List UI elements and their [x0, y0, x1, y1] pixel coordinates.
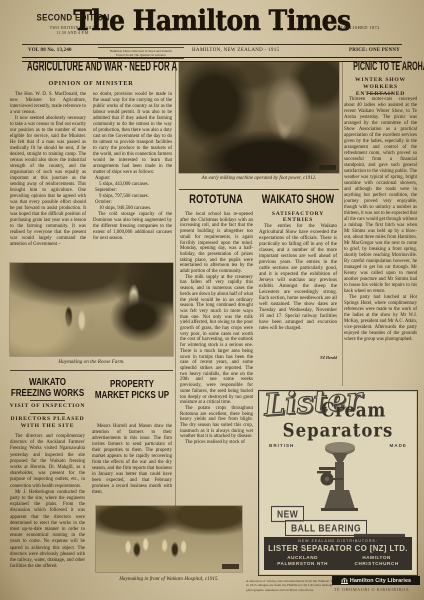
- agriculture-paragraph: It now seemed absolutely necessary to ta…: [10, 116, 86, 248]
- rototuna-paragraph: The potato crops throughout Rototuna are…: [180, 406, 253, 440]
- photo-milking-caption: An early milking machine operated by foo…: [179, 176, 339, 181]
- rototuna-headline: ROTOTUNA: [179, 194, 253, 204]
- freezing-works-paragraph: The directors and complimentary director…: [10, 434, 85, 490]
- volume-label: VOL 88 No. 13,240: [28, 48, 108, 53]
- ad-british-label: BRITISH: [269, 443, 294, 448]
- freezing-works-subhead-2: DIRECTORS PLEASED WITH THE SITE: [9, 416, 86, 430]
- freezing-works-paragraph: Mr J. Hetherington conducted the party t…: [10, 490, 85, 571]
- waikato-show-subhead: SATISFACTORY ENTRIES: [258, 211, 338, 223]
- waikato-show-attribution: NZ Herald: [259, 356, 337, 360]
- photo-hospital-caption: Haymaking in front of Waikato Hospital, …: [88, 576, 250, 582]
- agriculture-paragraph: The cold storage capacity of the Dominio…: [93, 212, 172, 242]
- freezing-works-text: The directors and complimentary director…: [10, 434, 85, 570]
- separator-machine-illustration: [307, 441, 369, 513]
- ad-cities: AUCKLAND PALMERSTON NTH HAMILTON CHRISTC…: [264, 555, 412, 567]
- waikato-show-headline: WAIKATO SHOW: [258, 194, 338, 204]
- ornament-rule: [30, 400, 65, 401]
- established-label: ESTABLISHED 1872: [312, 25, 402, 30]
- agriculture-headline: AGRICULTURE AND WAR - NEED FOR A CENSUS: [9, 61, 173, 71]
- photo-stamp: [222, 564, 239, 569]
- photo-hospital-haymaking: [96, 506, 242, 572]
- price-label: PRICE: ONE PENNY: [320, 48, 400, 53]
- photo-milking-machine: [179, 62, 339, 173]
- picnic-text: Thirteen motor-cars conveyed about 40 la…: [344, 97, 417, 343]
- rototuna-paragraph: The local school has re-opened after the…: [180, 212, 253, 275]
- ad-city: CHRISTCHURCH: [355, 561, 399, 567]
- section-rule: [179, 189, 339, 190]
- ad-city-column-1: AUCKLAND PALMERSTON NTH: [277, 555, 328, 567]
- ad-city: PALMERSTON NTH: [277, 561, 328, 567]
- rototuna-paragraph: The prices realised by stock of: [180, 440, 253, 446]
- freezing-works-subhead-1: VISIT OF INSPECTION: [9, 403, 86, 409]
- property-market-paragraph: Messrs Hurrell and Mason draw the attent…: [92, 424, 172, 496]
- waikato-show-paragraph: The entries for the Waikato Agricultural…: [259, 224, 337, 332]
- picnic-headline: PICNIC TO TE AROHA: [344, 61, 417, 71]
- ad-made-label: MADE: [389, 443, 407, 448]
- picnic-paragraph: Thirteen motor-cars conveyed about 40 la…: [344, 97, 417, 295]
- rototuna-text: The local school has re-opened after the…: [180, 212, 253, 446]
- delivery-note-line2: Posted To All The Quarters in Advance: [98, 53, 184, 57]
- library-maori-name: TE OHOMAURI O KIRIKIRIROA: [332, 587, 422, 592]
- section-rule: [10, 370, 173, 371]
- ad-city-column-2: HAMILTON CHRISTCHURCH: [355, 555, 399, 567]
- library-name: Hamilton City Libraries: [350, 578, 411, 584]
- property-market-text: Messrs Hurrell and Mason draw the attent…: [92, 424, 172, 496]
- lister-advertisement: Lister Cream Separators BRITISH MADE NEW…: [258, 390, 418, 576]
- rototuna-paragraph: The milk supply at the creamery has fall…: [180, 275, 253, 406]
- ornament-rule: [367, 93, 393, 94]
- picnic-subhead: WINTER SHOW WORKERS ENTERTAINED: [344, 77, 417, 98]
- delivery-note-line1: Hamilton Times Delivered in Town and Sub…: [98, 49, 184, 53]
- ad-distributors-label: NEW ZEALAND DISTRIBUTORS:: [264, 539, 412, 543]
- agriculture-column-1: The Hon. W. D. S. MacDonald, the new Min…: [10, 92, 86, 260]
- column-divider-left: [175, 62, 176, 572]
- picnic-paragraph: The party had lunched at Hot Springs Hot…: [344, 295, 417, 343]
- agriculture-subhead: OPINION OF MINISTER: [9, 80, 173, 87]
- waikato-show-text: The entries for the Waikato Agricultural…: [259, 224, 337, 332]
- agriculture-paragraph: The Hon. W. D. S. MacDonald, the new Min…: [10, 92, 86, 116]
- dateline: HAMILTON, NEW ZEALAND - 1915: [192, 48, 322, 53]
- ad-distributors-bar: NEW ZEALAND DISTRIBUTORS: LISTER SEPARAT…: [264, 537, 412, 570]
- ad-company-name: LISTER SEPARATOR CO [NZ] LTD.: [264, 544, 412, 553]
- photo-roose-farm: [10, 263, 173, 356]
- ad-product-word-2: Separators: [259, 419, 417, 441]
- property-market-headline: PROPERTY MARKET PICKS UP: [92, 378, 172, 396]
- photo-stamp: [319, 165, 336, 170]
- freezing-works-headline: WAIKATO FREEZING WORKS: [9, 376, 86, 394]
- photo-roose-caption: Haymaking on the Roose Farm.: [10, 359, 173, 365]
- column-divider-right: [342, 62, 343, 386]
- library-building-icon: [341, 578, 348, 584]
- newspaper-title: The Hamilton Times: [0, 4, 424, 36]
- newspaper-page: SECOND EDITION TWO EDITIONS DAILY, 11.30…: [0, 0, 424, 600]
- agriculture-column-2: no doubt, provision would be made in the…: [93, 92, 172, 260]
- masthead-rule-top: [22, 44, 402, 45]
- library-logo: Hamilton City Libraries: [332, 576, 420, 585]
- ornament-rule: [30, 413, 65, 414]
- agriculture-paragraph: no doubt, provision would be made in the…: [93, 92, 172, 176]
